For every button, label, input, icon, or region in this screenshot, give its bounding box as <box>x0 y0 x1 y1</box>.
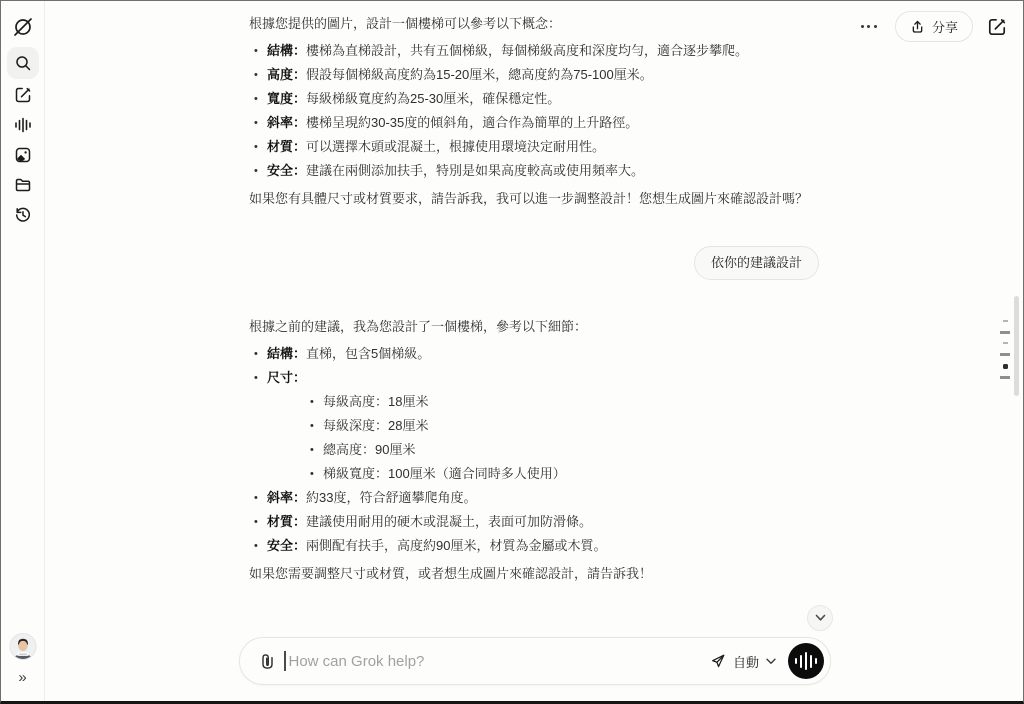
bullet-list: 結構：樓梯為直梯設計，共有五個梯級，每個梯級高度和深度均勻，適合逐步攀爬。 高度… <box>249 40 831 182</box>
list-item: 每級高度：18厘米 <box>305 391 831 413</box>
bullet-text: 總高度：90厘米 <box>323 442 415 457</box>
mode-label: 自動 <box>733 652 759 671</box>
bullet-text: 建議使用耐用的硬木或混凝土，表面可加防滑條。 <box>306 514 592 529</box>
voice-mode-button[interactable] <box>788 643 824 679</box>
bullet-term: 安全： <box>267 163 306 178</box>
nav-current-dot[interactable] <box>1003 364 1008 369</box>
topbar: 分享 <box>857 11 1007 42</box>
paperclip-icon[interactable] <box>254 648 280 674</box>
assistant-message-1: 根據您提供的圖片，設計一個樓梯可以參考以下概念： 結構：樓梯為直梯設計，共有五個… <box>239 1 831 210</box>
chevron-down-icon <box>766 658 776 665</box>
bullet-text: 樓梯為直梯設計，共有五個梯級，每個梯級高度和深度均勻，適合逐步攀爬。 <box>306 43 748 58</box>
message-outro: 如果您有具體尺寸或材質要求，請告訴我，我可以進一步調整設計！您想生成圖片來確認設… <box>249 188 831 210</box>
list-item: 梯級寬度：100厘米（適合同時多人使用） <box>305 463 831 485</box>
message-intro: 根據之前的建議，我為您設計了一個樓梯，參考以下細節： <box>249 316 831 338</box>
bullet-list: 結構：直梯，包含5個梯級。 尺寸： 每級高度：18厘米 每級深度：28厘米 總高… <box>249 343 831 557</box>
list-item: 高度：假設每個梯級高度約為15-20厘米，總高度約為75-100厘米。 <box>249 64 831 86</box>
sidebar: » <box>1 1 45 701</box>
files-icon[interactable] <box>7 169 39 201</box>
scroll-to-bottom-button[interactable] <box>807 605 833 631</box>
list-item: 斜率：約33度，符合舒適攀爬角度。 <box>249 487 831 509</box>
bullet-text: 每級深度：28厘米 <box>323 418 428 433</box>
user-message-bubble: 依你的建議設計 <box>694 246 819 280</box>
bullet-term: 寬度： <box>267 91 306 106</box>
nav-tick[interactable] <box>1000 331 1010 334</box>
nav-tick[interactable] <box>1000 376 1010 379</box>
list-item: 每級深度：28厘米 <box>305 415 831 437</box>
composer: 自動 <box>239 637 831 685</box>
bullet-term: 結構： <box>267 43 306 58</box>
grok-logo-icon[interactable] <box>7 11 39 43</box>
bullet-term: 結構： <box>267 346 306 361</box>
history-icon[interactable] <box>7 199 39 231</box>
assistant-message-2: 根據之前的建議，我為您設計了一個樓梯，參考以下細節： 結構：直梯，包含5個梯級。… <box>239 304 831 585</box>
imagine-icon[interactable] <box>7 139 39 171</box>
bullet-text: 直梯，包含5個梯級。 <box>306 346 430 361</box>
compose-icon[interactable] <box>7 79 39 111</box>
user-message-row: 依你的建議設計 <box>239 246 819 280</box>
nav-tick[interactable] <box>1000 353 1010 356</box>
share-label: 分享 <box>932 17 958 36</box>
bullet-term: 尺寸： <box>267 370 306 385</box>
bullet-text: 每級高度：18厘米 <box>323 394 428 409</box>
expand-sidebar-icon[interactable]: » <box>18 669 26 686</box>
bullet-text: 梯級寬度：100厘米（適合同時多人使用） <box>323 466 566 481</box>
bullet-text: 建議在兩側添加扶手，特別是如果高度較高或使用頻率大。 <box>306 163 644 178</box>
list-item: 寬度：每級梯級寬度約為25-30厘米，確保穩定性。 <box>249 88 831 110</box>
bullet-text: 兩側配有扶手，高度約90厘米，材質為金屬或木質。 <box>306 538 606 553</box>
bullet-text: 假設每個梯級高度約為15-20厘米，總高度約為75-100厘米。 <box>306 67 653 82</box>
bullet-term: 安全： <box>267 538 306 553</box>
list-item: 結構：直梯，包含5個梯級。 <box>249 343 831 365</box>
list-item: 結構：樓梯為直梯設計，共有五個梯級，每個梯級高度和深度均勻，適合逐步攀爬。 <box>249 40 831 62</box>
bullet-text: 每級梯級寬度約為25-30厘米，確保穩定性。 <box>306 91 560 106</box>
bullet-text: 約33度，符合舒適攀爬角度。 <box>306 490 476 505</box>
message-nav-indicator[interactable] <box>997 320 1013 387</box>
bullet-text: 可以選擇木頭或混凝土，根據使用環境決定耐用性。 <box>306 139 605 154</box>
search-icon[interactable] <box>7 47 39 79</box>
nav-tick[interactable] <box>1003 320 1008 322</box>
message-intro: 根據您提供的圖片，設計一個樓梯可以參考以下概念： <box>249 13 831 35</box>
grok-chat-window: { "app": { "name": "Grok chat", "colors"… <box>0 0 1024 704</box>
list-item: 總高度：90厘米 <box>305 439 831 461</box>
more-options-icon[interactable] <box>857 21 881 32</box>
bullet-text: 樓梯呈現約30-35度的傾斜角，適合作為簡單的上升路徑。 <box>306 115 638 130</box>
bullet-term: 斜率： <box>267 490 306 505</box>
scrollbar-thumb[interactable] <box>1014 296 1019 396</box>
bullet-term: 斜率： <box>267 115 306 130</box>
bullet-term: 材質： <box>267 139 306 154</box>
chat-thread: 根據您提供的圖片，設計一個樓梯可以參考以下概念： 結構：樓梯為直梯設計，共有五個… <box>239 1 831 585</box>
list-item: 安全：建議在兩側添加扶手，特別是如果高度較高或使用頻率大。 <box>249 160 831 182</box>
mode-pen-icon <box>710 653 726 669</box>
bullet-term: 高度： <box>267 67 306 82</box>
bullet-term: 材質： <box>267 514 306 529</box>
voice-waveform-icon[interactable] <box>7 109 39 141</box>
list-item: 安全：兩側配有扶手，高度約90厘米，材質為金屬或木質。 <box>249 535 831 557</box>
share-button[interactable]: 分享 <box>895 11 973 42</box>
list-item: 材質：建議使用耐用的硬木或混凝土，表面可加防滑條。 <box>249 511 831 533</box>
nav-tick[interactable] <box>1003 342 1008 344</box>
list-item: 尺寸： 每級高度：18厘米 每級深度：28厘米 總高度：90厘米 梯級寬度：10… <box>249 367 831 485</box>
list-item: 斜率：樓梯呈現約30-35度的傾斜角，適合作為簡單的上升路徑。 <box>249 112 831 134</box>
share-icon <box>910 19 925 35</box>
nested-bullet-list: 每級高度：18厘米 每級深度：28厘米 總高度：90厘米 梯級寬度：100厘米（… <box>305 391 831 485</box>
edit-icon[interactable] <box>987 17 1007 37</box>
text-caret <box>284 651 286 671</box>
chat-input[interactable] <box>289 653 710 670</box>
mode-selector[interactable]: 自動 <box>710 652 776 671</box>
avatar[interactable] <box>9 633 36 660</box>
list-item: 材質：可以選擇木頭或混凝土，根據使用環境決定耐用性。 <box>249 136 831 158</box>
message-outro: 如果您需要調整尺寸或材質，或者想生成圖片來確認設計，請告訴我！ <box>249 563 831 585</box>
